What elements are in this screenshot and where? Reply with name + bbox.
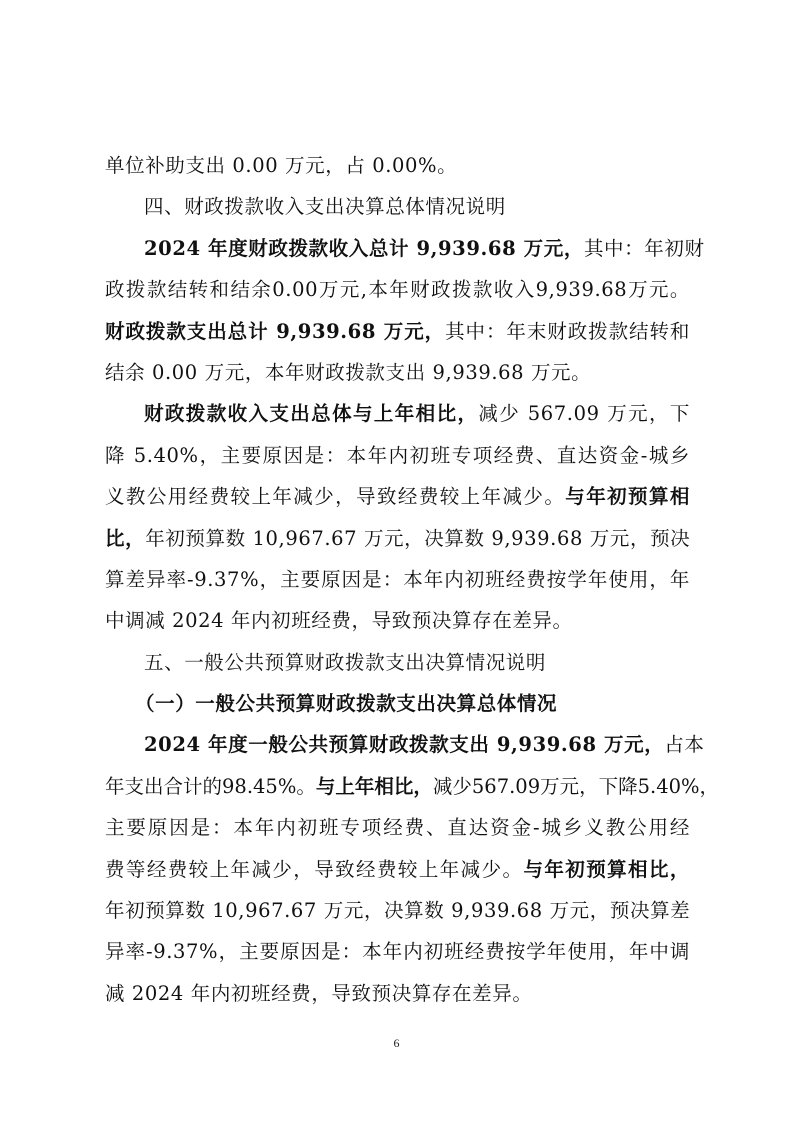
paragraph-line: 财政拨款收入支出总体与上年相比，减少 567.09 万元，下 — [105, 393, 690, 434]
bold-text-segment: 与年初预算相比， — [523, 858, 690, 881]
document-page: 单位补助支出 0.00 万元，占 0.00%。 四、财政拨款收入支出决算总体情况… — [105, 145, 690, 1014]
subsection-heading-1: （一）一般公共预算财政拨款支出决算总体情况 — [105, 683, 690, 724]
paragraph-line: 降 5.40%，主要原因是：本年内初班专项经费、直达资金-城乡 — [105, 435, 690, 476]
paragraph-line: 异率-9.37%，主要原因是：本年内初班经费按学年使用，年中调 — [105, 931, 690, 972]
bold-text-segment: 2024 年度一般公共预算财政拨款支出 9,939.68 万元， — [144, 733, 664, 756]
text-segment: 其中：年末财政拨款结转和 — [445, 320, 690, 343]
paragraph-line: 财政拨款支出总计 9,939.68 万元，其中：年末财政拨款结转和 — [105, 311, 690, 352]
text-segment: 结余 0.00 万元，本年财政拨款支出 9,939.68 万元。 — [105, 361, 591, 384]
paragraph-line: 费等经费较上年减少，导致经费较上年减少。与年初预算相比， — [105, 849, 690, 890]
bold-text-segment: 与上年相比， — [316, 775, 433, 798]
paragraph-line: 结余 0.00 万元，本年财政拨款支出 9,939.68 万元。 — [105, 352, 690, 393]
page-number: 6 — [0, 1036, 793, 1051]
text-segment: 其中：年初财 — [584, 237, 705, 260]
paragraph-line: 减 2024 年内初班经费，导致预决算存在差异。 — [105, 973, 690, 1014]
paragraph-line: 政拨款结转和结余0.00万元,本年财政拨款收入9,939.68万元。 — [105, 269, 690, 310]
text-segment: 异率-9.37%，主要原因是：本年内初班经费按学年使用，年中调 — [105, 940, 690, 963]
paragraph-line: 主要原因是：本年内初班专项经费、直达资金-城乡义教公用经 — [105, 807, 690, 848]
bold-text-segment: 财政拨款收入支出总体与上年相比， — [144, 402, 478, 425]
paragraph-line-subsidy-continuation: 单位补助支出 0.00 万元，占 0.00%。 — [105, 145, 690, 186]
text-segment: 算差异率-9.37%，主要原因是：本年内初班经费按学年使用，年 — [105, 568, 690, 591]
text-segment: 费等经费较上年减少，导致经费较上年减少。 — [105, 858, 523, 881]
text-segment: 降 5.40%，主要原因是：本年内初班专项经费、直达资金-城乡 — [105, 444, 690, 467]
section-title: 四、财政拨款收入支出决算总体情况说明 — [144, 195, 506, 218]
subsection-title: （一）一般公共预算财政拨款支出决算总体情况 — [135, 692, 557, 715]
section-title: 五、一般公共预算财政拨款支出决算情况说明 — [144, 651, 546, 674]
bold-text-segment: 与年初预算相 — [565, 485, 690, 508]
text-segment: 单位补助支出 0.00 万元，占 0.00%。 — [105, 154, 457, 177]
paragraph-line: 2024 年度一般公共预算财政拨款支出 9,939.68 万元，占本 — [105, 724, 690, 765]
paragraph-line: 年支出合计的98.45%。与上年相比，减少567.09万元，下降5.40%， — [105, 766, 690, 807]
paragraph-line: 中调减 2024 年内初班经费，导致预决算存在差异。 — [105, 600, 690, 641]
text-segment: 政拨款结转和结余0.00万元,本年财政拨款收入9,939.68万元。 — [105, 278, 690, 301]
text-segment: 占本 — [664, 733, 704, 756]
paragraph-line: 算差异率-9.37%，主要原因是：本年内初班经费按学年使用，年 — [105, 559, 690, 600]
bold-text-segment: 财政拨款支出总计 9,939.68 万元， — [105, 320, 445, 343]
text-segment: 减 2024 年内初班经费，导致预决算存在差异。 — [105, 982, 532, 1005]
text-segment: 年初预算数 10,967.67 万元，决算数 9,939.68 万元，预决 — [145, 527, 690, 550]
text-segment: 年支出合计的98.45%。 — [105, 775, 316, 798]
paragraph-line: 比，年初预算数 10,967.67 万元，决算数 9,939.68 万元，预决 — [105, 518, 690, 559]
text-segment: 减少 567.09 万元，下 — [478, 402, 690, 425]
bold-text-segment: 比， — [105, 527, 145, 550]
bold-text-segment: 2024 年度财政拨款收入总计 9,939.68 万元， — [144, 237, 584, 260]
paragraph-line: 年初预算数 10,967.67 万元，决算数 9,939.68 万元，预决算差 — [105, 890, 690, 931]
text-segment: 主要原因是：本年内初班专项经费、直达资金-城乡义教公用经 — [105, 816, 690, 839]
section-heading-5: 五、一般公共预算财政拨款支出决算情况说明 — [105, 642, 690, 683]
text-segment: 年初预算数 10,967.67 万元，决算数 9,939.68 万元，预决算差 — [105, 899, 690, 922]
text-segment: 中调减 2024 年内初班经费，导致预决算存在差异。 — [105, 609, 573, 632]
text-segment: 减少567.09万元，下降5.40%， — [433, 775, 719, 798]
paragraph-line: 义教公用经费较上年减少，导致经费较上年减少。与年初预算相 — [105, 476, 690, 517]
section-heading-4: 四、财政拨款收入支出决算总体情况说明 — [105, 186, 690, 227]
paragraph-line: 2024 年度财政拨款收入总计 9,939.68 万元，其中：年初财 — [105, 228, 690, 269]
text-segment: 义教公用经费较上年减少，导致经费较上年减少。 — [105, 485, 565, 508]
